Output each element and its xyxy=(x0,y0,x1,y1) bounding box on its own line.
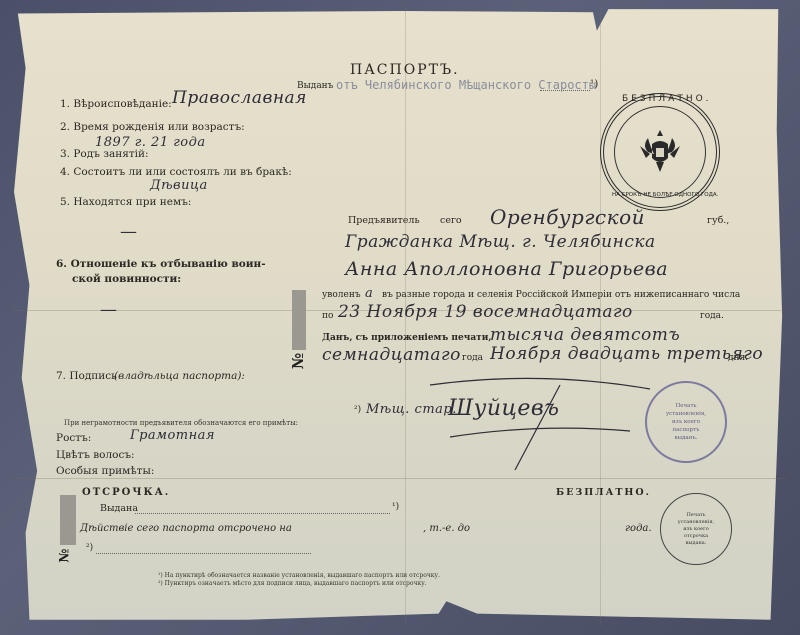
field-signature-label: 7. Подпись xyxy=(56,370,117,382)
feature-height-value: Грамотная xyxy=(130,428,215,443)
field-marriage-label: 4. Состоитъ ли или состоялъ ли въ бракѣ: xyxy=(60,166,292,178)
deferral-issued-label: Выдана xyxy=(100,503,138,514)
bearer-province: Оренбургской xyxy=(490,205,645,229)
deferral-te-do: , т.-е. до xyxy=(423,523,470,534)
given-value-2: семнадцатаго xyxy=(322,345,461,365)
given-value-3: Ноября двадцать третьяго xyxy=(490,344,763,364)
bearer-province-suffix: губ., xyxy=(707,215,729,226)
field-occupation-label: 3. Родъ занятій: xyxy=(60,148,149,160)
field-military-label: 6. Отношеніе къ отбыванію воин- xyxy=(56,258,266,270)
number-sign: № xyxy=(289,353,307,369)
field-military-value: — xyxy=(100,300,118,320)
deferral-mark-2: ²) xyxy=(86,543,93,553)
given-label: Данъ, съ приложеніемъ печати, xyxy=(322,333,492,343)
given-suffix: дня. xyxy=(728,353,748,363)
given-value-1: тысяча девятсотъ xyxy=(490,325,680,345)
deferral-mark-1: ¹) xyxy=(392,502,399,512)
field-signature-label-italic: (владѣльца паспорта): xyxy=(114,370,245,382)
field-companions-value: — xyxy=(120,222,138,242)
illiterate-note: При неграмотности предъявителя обозначаю… xyxy=(64,419,298,427)
released-text: въ разные города и селенія Россійской Им… xyxy=(382,290,740,300)
footnote-mark-1: ¹) xyxy=(590,78,598,90)
bearer-class: Гражданка Мѣщ. г. Челябинска xyxy=(345,232,656,252)
until-value: 23 Ноября 19 восемнадцатаго xyxy=(338,302,633,322)
field-marriage-value: Дѣвица xyxy=(150,178,208,193)
number-field xyxy=(292,290,306,350)
until-prefix: по xyxy=(322,311,333,321)
field-religion-label: 1. Вѣроисповѣданіе: xyxy=(60,98,172,110)
deferral-free-label: БЕЗПЛАТНО. xyxy=(556,487,651,498)
given-mid: года xyxy=(462,353,483,363)
signature-mark: ²) xyxy=(354,405,361,415)
deferral-number-sign: № xyxy=(58,548,73,562)
feature-special-label: Особыя примѣты: xyxy=(56,465,154,477)
deferral-number-field xyxy=(60,495,76,545)
seal-top-text: БЕЗПЛАТНО. xyxy=(622,94,712,104)
signature-flourish-icon xyxy=(420,375,660,475)
double-headed-eagle-icon xyxy=(630,122,690,182)
feature-height-label: Ростъ: xyxy=(56,432,91,444)
footnote-2: ²) Пунктиръ означаетъ мѣсто для подписи … xyxy=(158,580,427,587)
deferral-year-suffix: года. xyxy=(625,523,652,534)
field-religion-value: Православная xyxy=(172,88,307,108)
deferral-title: ОТСРОЧКА. xyxy=(82,487,170,498)
bearer-label: Предъявитель xyxy=(348,215,420,226)
field-companions-label: 5. Находятся при немъ: xyxy=(60,196,191,208)
until-suffix: года. xyxy=(700,311,724,321)
deferral-seal-placeholder: Печать установленія, изъ коего отсрочка … xyxy=(660,493,732,565)
field-birth-label: 2. Время рожденія или возрастъ: xyxy=(60,121,245,133)
released-prefix: уволенъ xyxy=(322,290,361,300)
issuing-office-seal: Печать установленія, изъ коего паспортъ … xyxy=(645,381,727,463)
deferral-validity-text: Дѣйствіе сего паспорта отсрочено на xyxy=(80,523,292,534)
field-military-label-2: ской повинности: xyxy=(72,273,181,285)
footnote-1: ¹) На пунктирѣ обозначается названіе уст… xyxy=(158,572,440,579)
seal-bottom-text: НА СРОКЪ НЕ БОЛѢЕ ОДНОГО ГОДА. xyxy=(612,192,718,198)
released-mark: а xyxy=(365,286,373,301)
bearer-this: сего xyxy=(440,215,462,226)
document-title: ПАСПОРТЪ. xyxy=(350,62,460,78)
feature-hair-label: Цвѣтъ волосъ: xyxy=(56,449,135,461)
bearer-name: Анна Аполлоновна Григорьева xyxy=(345,258,668,280)
